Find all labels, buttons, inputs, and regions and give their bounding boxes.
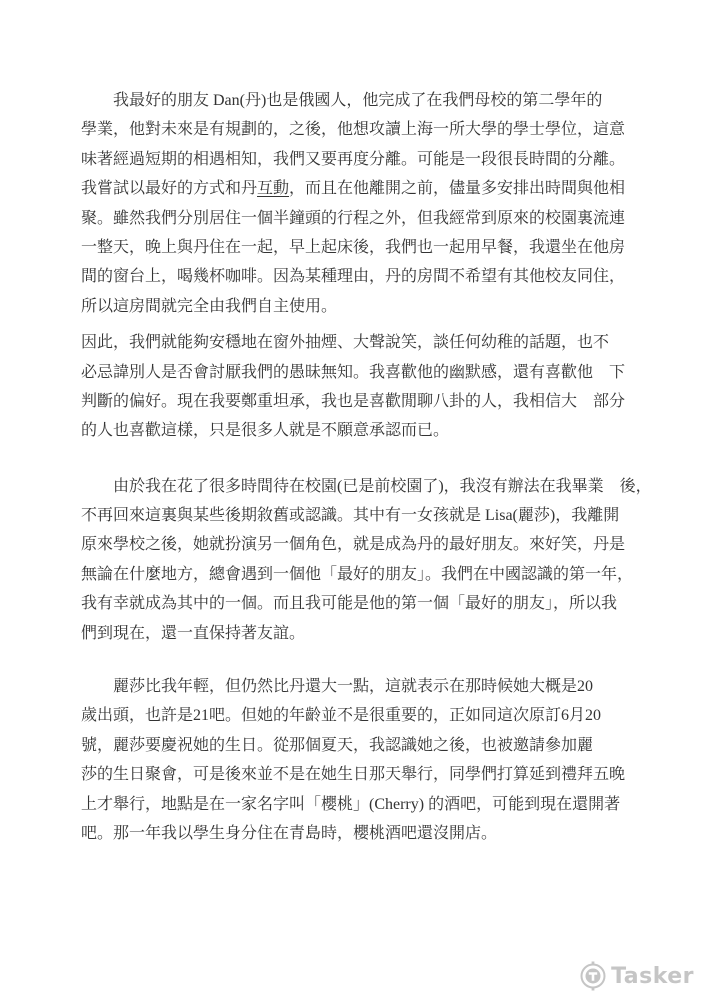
text-line: 所以這房間就完全由我們自主使用。: [81, 292, 641, 321]
text-line: 味著經過短期的相遇相知，我們又要再度分離。可能是一段很長時間的分離。: [81, 145, 641, 174]
text-line: 我嘗試以最好的方式和丹互動，而且在他離開之前，儘量多安排出時間與他相: [81, 174, 641, 203]
text-line: 歲出頭，也許是21吧。但她的年齡並不是很重要的，正如同這次原訂6月20: [81, 701, 641, 730]
text-line: 吧。那一年我以學生身分住在青島時，櫻桃酒吧還沒開店。: [81, 819, 641, 848]
text-line: 判斷的偏好。現在我要鄭重坦承，我也是喜歡閒聊八卦的人，我相信大 部分: [81, 387, 641, 416]
text-line: 我有幸就成為其中的一個。而且我可能是他的第一個「最好的朋友」，所以我: [81, 589, 641, 618]
text-line: 上才舉行，地點是在一家名字叫「櫻桃」(Cherry) 的酒吧，可能到現在還開著: [81, 790, 641, 819]
paragraph-3: 由於我在花了很多時間待在校園(已是前校園了)，我沒有辦法在我畢業 後，不再回來這…: [81, 472, 641, 648]
text-line: 原來學校之後，她就扮演另一個角色，就是成為丹的最好朋友。來好笑，丹是: [81, 530, 641, 559]
text-line: 由於我在花了很多時間待在校園(已是前校園了)，我沒有辦法在我畢業 後，: [81, 472, 641, 501]
text-line: 一整天，晚上與丹住在一起，早上起床後，我們也一起用早餐，我還坐在他房: [81, 233, 641, 262]
watermark: Tasker: [578, 961, 694, 991]
text-line: 學業，他對未來是有規劃的，之後，他想攻讀上海一所大學的學士學位，這意: [81, 115, 641, 144]
text-line: 不再回來這裏與某些後期敘舊或認識。其中有一女孩就是 Lisa(麗莎)，我離開: [81, 501, 641, 530]
text-line: 因此，我們就能夠安穩地在窗外抽煙、大聲說笑，談任何幼稚的話題，也不: [81, 328, 641, 357]
text-line: 的人也喜歡這樣，只是很多人就是不願意承認而已。: [81, 416, 641, 445]
text-line: 我最好的朋友 Dan(丹)也是俄國人，他完成了在我們母校的第二學年的: [81, 86, 641, 115]
text-line: 莎的生日聚會，可是後來並不是在她生日那天舉行，同學們打算延到禮拜五晚: [81, 760, 641, 789]
paragraph-1: 我最好的朋友 Dan(丹)也是俄國人，他完成了在我們母校的第二學年的學業，他對未…: [81, 86, 641, 321]
text-line: 聚。雖然我們分別居住一個半鐘頭的行程之外，但我經常到原來的校園裏流連: [81, 204, 641, 233]
text-line: 們到現在，還一直保持著友誼。: [81, 619, 641, 648]
document-page: 我最好的朋友 Dan(丹)也是俄國人，他完成了在我們母校的第二學年的學業，他對未…: [0, 0, 707, 1000]
text-line: 號，麗莎要慶祝她的生日。從那個夏天，我認識她之後，也被邀請參加麗: [81, 731, 641, 760]
text-line: 必忌諱別人是否會討厭我們的愚昧無知。我喜歡他的幽默感，還有喜歡他 下: [81, 358, 641, 387]
text-line: 間的窗台上，喝幾杯咖啡。因為某種理由，丹的房間不希望有其他校友同住，: [81, 262, 641, 291]
paragraph-2: 因此，我們就能夠安穩地在窗外抽煙、大聲說笑，談任何幼稚的話題，也不必忌諱別人是否…: [81, 328, 641, 446]
underlined-text: 互動: [257, 180, 289, 197]
watermark-label: Tasker: [611, 964, 694, 989]
text-line: 麗莎比我年輕，但仍然比丹還大一點，這就表示在那時候她大概是20: [81, 672, 641, 701]
paragraph-4: 麗莎比我年輕，但仍然比丹還大一點，這就表示在那時候她大概是20歲出頭，也許是21…: [81, 672, 641, 848]
tasker-logo-icon: [578, 961, 608, 991]
document-body: 我最好的朋友 Dan(丹)也是俄國人，他完成了在我們母校的第二學年的學業，他對未…: [81, 86, 641, 848]
text-line: 無論在什麼地方，總會遇到一個他「最好的朋友」。我們在中國認識的第一年，: [81, 560, 641, 589]
